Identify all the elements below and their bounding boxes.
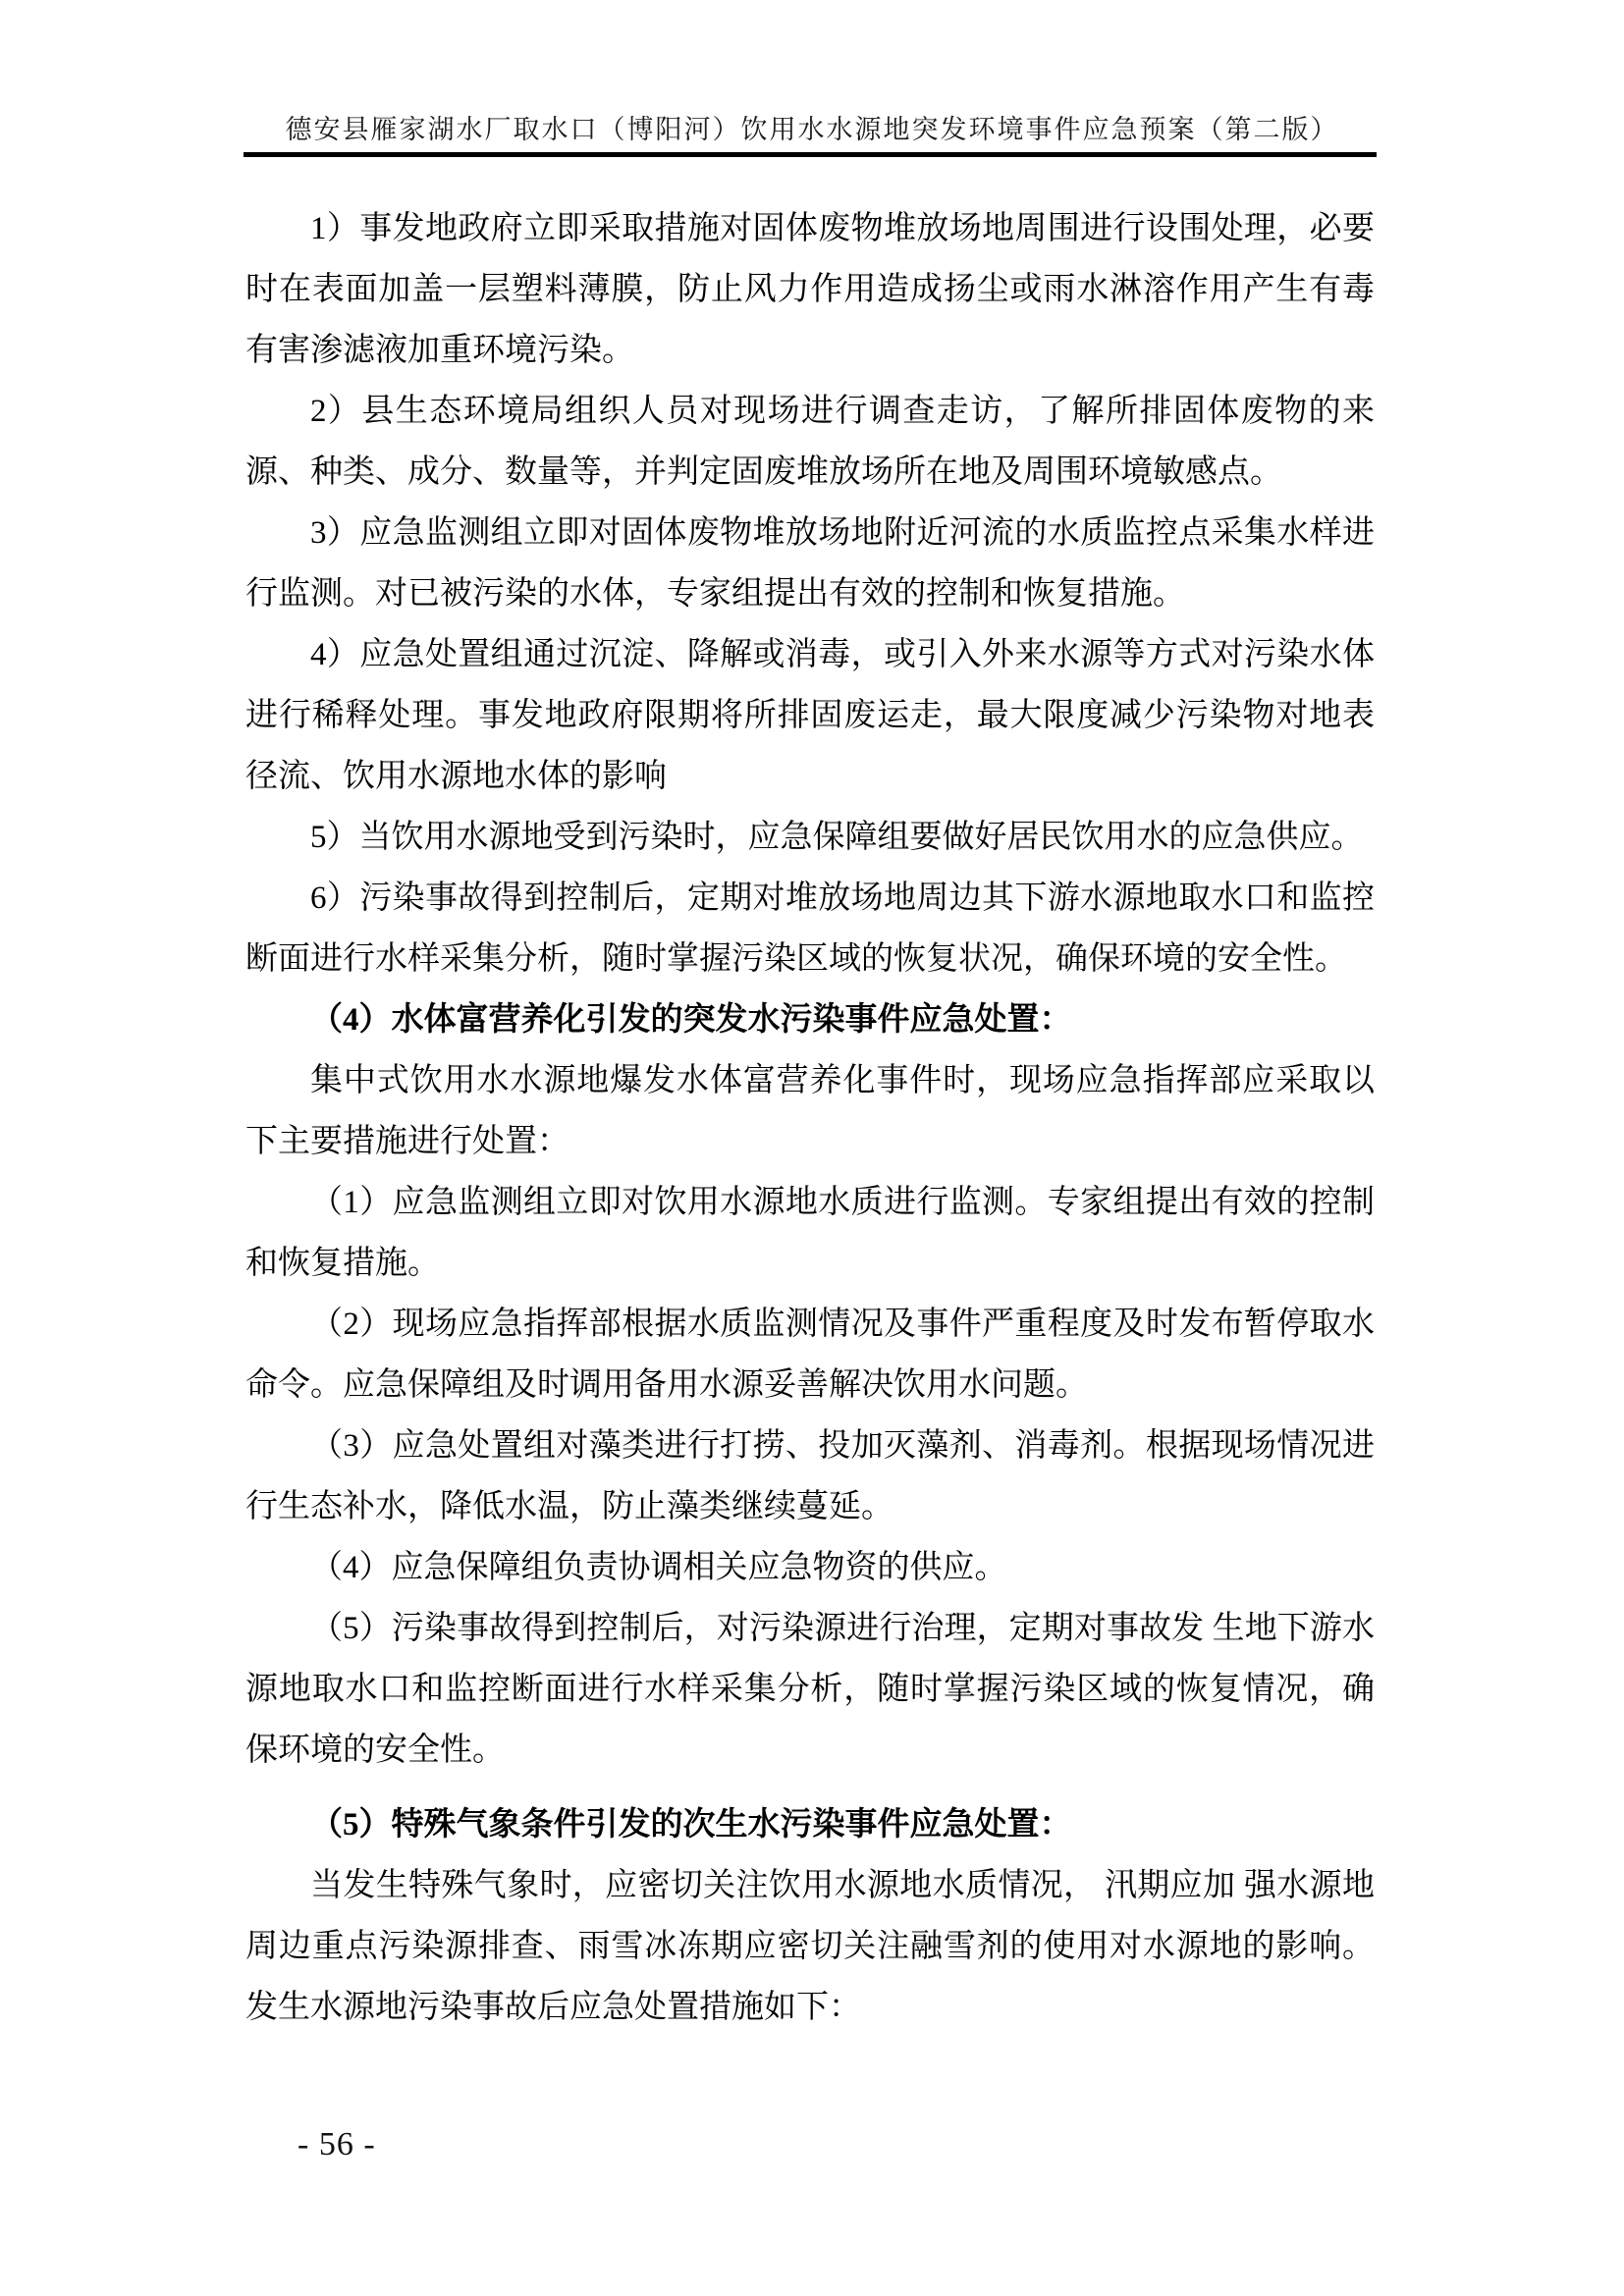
paragraph-1: 1）事发地政府立即采取措施对固体废物堆放场地周围进行设围处理，必要时在表面加盖一… — [245, 198, 1375, 381]
paragraph-6: 6）污染事故得到控制后，定期对堆放场地周边其下游水源地取水口和监控断面进行水样采… — [245, 868, 1375, 989]
paragraph-12: （5）污染事故得到控制后，对污染源进行治理，定期对事故发 生地下游水源地取水口和… — [245, 1598, 1375, 1781]
paragraph-8: （1）应急监测组立即对饮用水源地水质进行监测。专家组提出有效的控制和恢复措施。 — [245, 1172, 1375, 1294]
paragraph-2: 2）县生态环境局组织人员对现场进行调查走访，了解所排固体废物的来源、种类、成分、… — [245, 381, 1375, 503]
document-body: 1）事发地政府立即采取措施对固体废物堆放场地周围进行设围处理，必要时在表面加盖一… — [245, 198, 1375, 2038]
document-page: { "colors": { "background": "#ffffff", "… — [0, 0, 1624, 2296]
paragraph-9: （2）现场应急指挥部根据水质监测情况及事件严重程度及时发布暂停取水命令。应急保障… — [245, 1294, 1375, 1415]
paragraph-5: 5）当饮用水源地受到污染时，应急保障组要做好居民饮用水的应急供应。 — [245, 807, 1375, 868]
paragraph-11: （4）应急保障组负责协调相关应急物资的供应。 — [245, 1537, 1375, 1598]
paragraph-10: （3）应急处置组对藻类进行打捞、投加灭藻剂、消毒剂。根据现场情况进行生态补水，降… — [245, 1415, 1375, 1537]
paragraph-7: 集中式饮用水水源地爆发水体富营养化事件时，现场应急指挥部应采取以下主要措施进行处… — [245, 1050, 1375, 1172]
paragraph-13: 当发生特殊气象时，应密切关注饮用水源地水质情况， 汛期应加 强水源地周边重点污染… — [245, 1855, 1375, 2038]
section-heading-5: （5）特殊气象条件引发的次生水污染事件应急处置： — [245, 1794, 1375, 1855]
paragraph-3: 3）应急监测组立即对固体废物堆放场地附近河流的水质监控点采集水样进行监测。对已被… — [245, 503, 1375, 624]
page-header-title: 德安县雁家湖水厂取水口（博阳河）饮用水水源地突发环境事件应急预案（第二版） — [0, 108, 1624, 146]
page-footer-number: - 56 - — [298, 2122, 376, 2167]
header-rule — [244, 152, 1377, 157]
paragraph-4: 4）应急处置组通过沉淀、降解或消毒，或引入外来水源等方式对污染水体进行稀释处理。… — [245, 624, 1375, 807]
section-heading-4: （4）水体富营养化引发的突发水污染事件应急处置： — [245, 989, 1375, 1050]
